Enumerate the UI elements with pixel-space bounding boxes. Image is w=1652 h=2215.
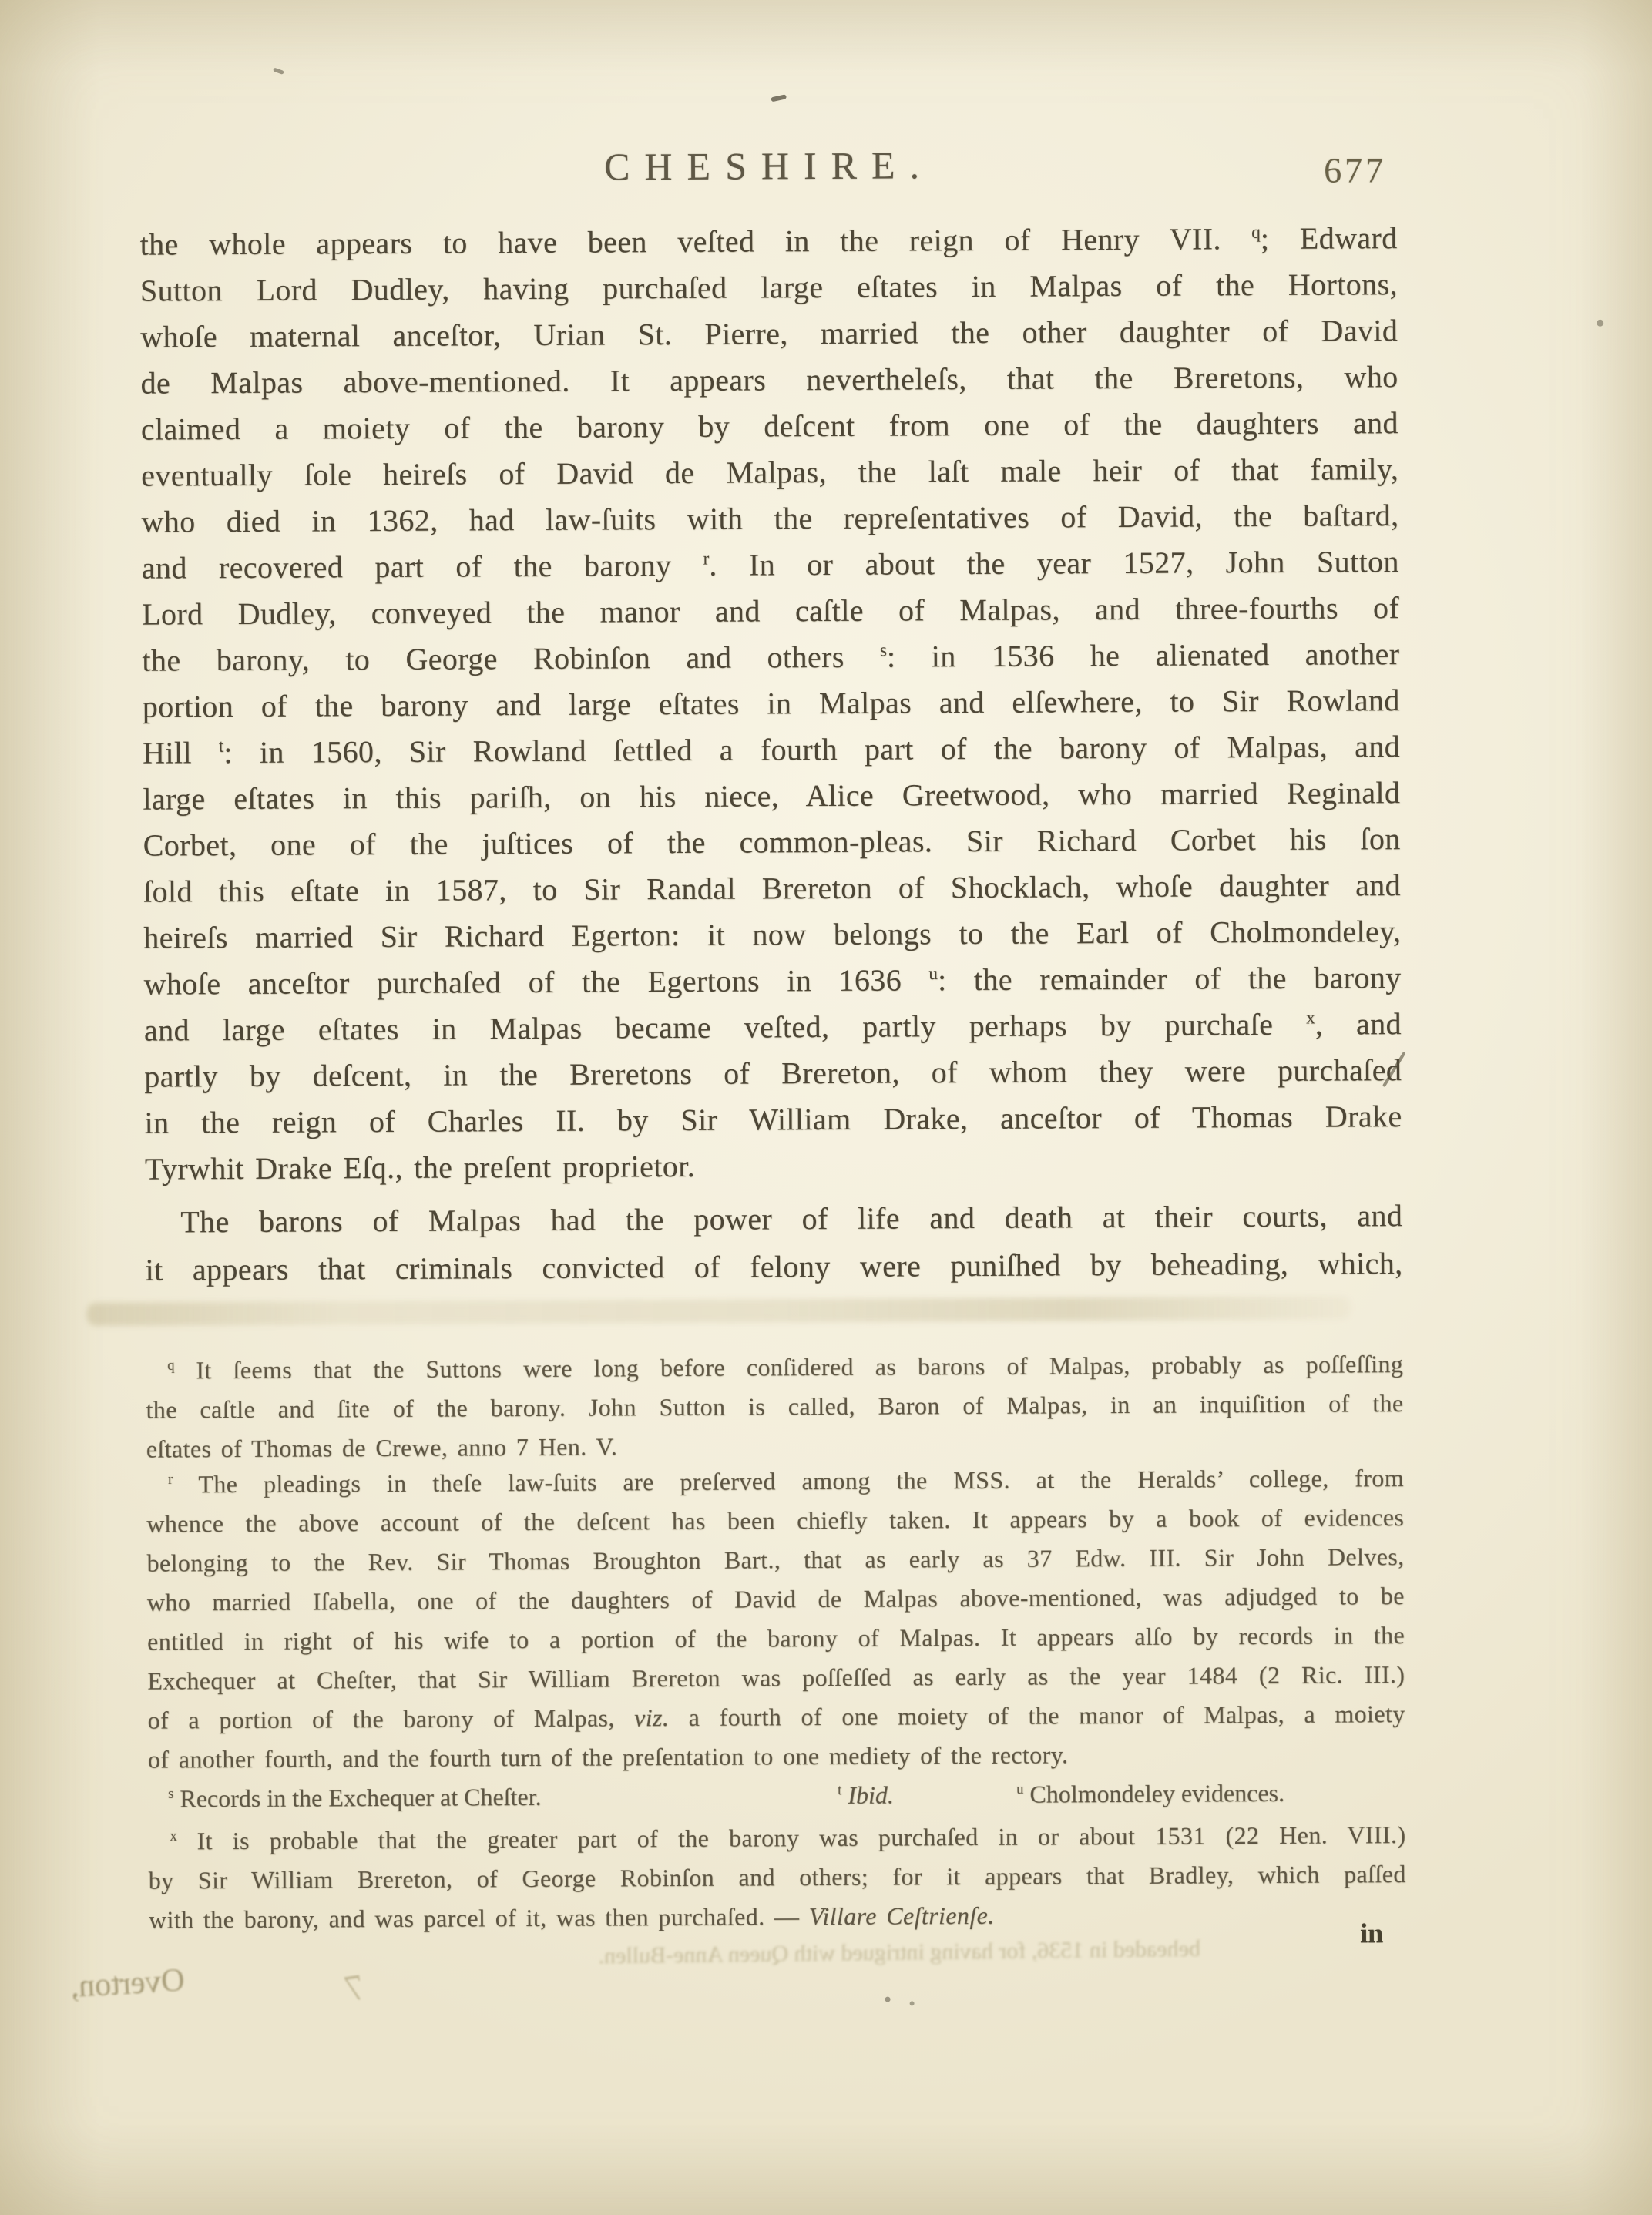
text-line: q It ſeems that the Suttons were long be…	[146, 1344, 1403, 1391]
footnote-t: t Ibid.	[838, 1776, 894, 1815]
body-paragraph-1: the whole appears to have been veſted in…	[139, 215, 1402, 1193]
text-line: partly by deſcent, in the Breretons of B…	[144, 1047, 1402, 1100]
text-line: entitled in right of his wife to a porti…	[147, 1616, 1405, 1662]
ink-speck	[771, 94, 787, 102]
text-line: whoſe anceſtor purchaſed of the Egertons…	[143, 955, 1401, 1008]
text-line: large eſtates in this pariſh, on his nie…	[143, 770, 1400, 823]
ink-speck	[885, 1997, 891, 2002]
text-line: and large eſtates in Malpas became veſte…	[144, 1001, 1402, 1054]
footnote-x: x It is probable that the greater part o…	[148, 1815, 1406, 1940]
show-through-verso-word: Overton,	[69, 1962, 186, 2005]
text-line: it appears that criminals convicted of f…	[145, 1240, 1402, 1294]
ink-speck	[910, 2001, 915, 2005]
text-line: ſold this eſtate in 1587, to Sir Randal …	[143, 862, 1401, 915]
text-line: of another fourth, and the fourth turn o…	[148, 1733, 1405, 1780]
text-line: whoſe maternal anceſtor, Urian St. Pierr…	[140, 307, 1398, 361]
text-line: and recovered part of the barony r. In o…	[142, 539, 1399, 592]
text-line: Sutton Lord Dudley, having purchaſed lar…	[140, 261, 1398, 314]
ink-speck	[273, 67, 284, 74]
show-through-verso-line: beheaded in 1536, for having intrigued w…	[421, 1934, 1377, 1972]
text-line: the caſtle and ſite of the barony. John …	[146, 1384, 1403, 1430]
show-through-verso-figure: 7	[342, 1966, 367, 2011]
text-line: eventually ſole heireſs of David de Malp…	[141, 446, 1398, 499]
text-line: Lord Dudley, conveyed the manor and caſt…	[142, 585, 1399, 638]
text-line: portion of the barony and large eſtates …	[143, 677, 1400, 730]
text-line: who died in 1362, had law-ſuits with the…	[141, 492, 1398, 545]
text-line: de Malpas above-mentioned. It appears ne…	[140, 354, 1398, 407]
page-content: CHESHIRE. 677 the whole appears to have …	[0, 0, 1652, 2215]
show-through-smudge	[87, 1296, 1351, 1326]
text-line: the barony, to George Robinſon and other…	[142, 631, 1399, 684]
text-line: the whole appears to have been veſted in…	[139, 215, 1397, 268]
ink-speck	[1597, 320, 1603, 327]
text-line: Hill t: in 1560, Sir Rowland ſettled a f…	[143, 723, 1400, 777]
text-line: by Sir William Brereton, of George Robin…	[149, 1854, 1406, 1901]
text-line: in the reign of Charles II. by Sir Willi…	[144, 1093, 1402, 1146]
text-line: Exchequer at Cheſter, that Sir William B…	[147, 1655, 1405, 1701]
footnote-u: u Cholmondeley evidences.	[1016, 1774, 1284, 1814]
text-line: r The pleadings in theſe law-ſuits are p…	[146, 1458, 1404, 1505]
text-line: of a portion of the barony of Malpas, vi…	[148, 1694, 1405, 1740]
text-line: who married Iſabella, one of the daughte…	[147, 1576, 1405, 1623]
scanned-book-page: CHESHIRE. 677 the whole appears to have …	[0, 0, 1652, 2215]
text-line: heireſs married Sir Richard Egerton: it …	[143, 908, 1401, 962]
text-line: belonging to the Rev. Sir Thomas Brought…	[146, 1537, 1404, 1583]
running-head-title: CHESHIRE.	[604, 143, 934, 189]
footnote-s: s Records in the Exchequer at Cheſter.	[168, 1777, 542, 1819]
page-number: 677	[1324, 149, 1386, 190]
body-paragraph-2: The barons of Malpas had the power of li…	[145, 1192, 1403, 1294]
footnote-r: r The pleadings in theſe law-ſuits are p…	[146, 1458, 1405, 1780]
text-line: whence the above account of the deſcent …	[146, 1498, 1404, 1544]
text-line: Tyrwhit Drake Eſq., the preſent propriet…	[145, 1139, 1402, 1193]
text-line: with the barony, and was parcel of it, w…	[149, 1894, 1406, 1940]
text-line: The barons of Malpas had the power of li…	[145, 1192, 1402, 1247]
text-line: claimed a moiety of the barony by deſcen…	[141, 400, 1398, 453]
footnote-q: q It ſeems that the Suttons were long be…	[146, 1344, 1404, 1469]
text-line: Corbet, one of the juſtices of the commo…	[143, 816, 1401, 869]
footnote-short-row: s Records in the Exchequer at Cheſter. t…	[148, 1773, 1405, 1819]
text-line: x It is probable that the greater part o…	[148, 1815, 1405, 1861]
